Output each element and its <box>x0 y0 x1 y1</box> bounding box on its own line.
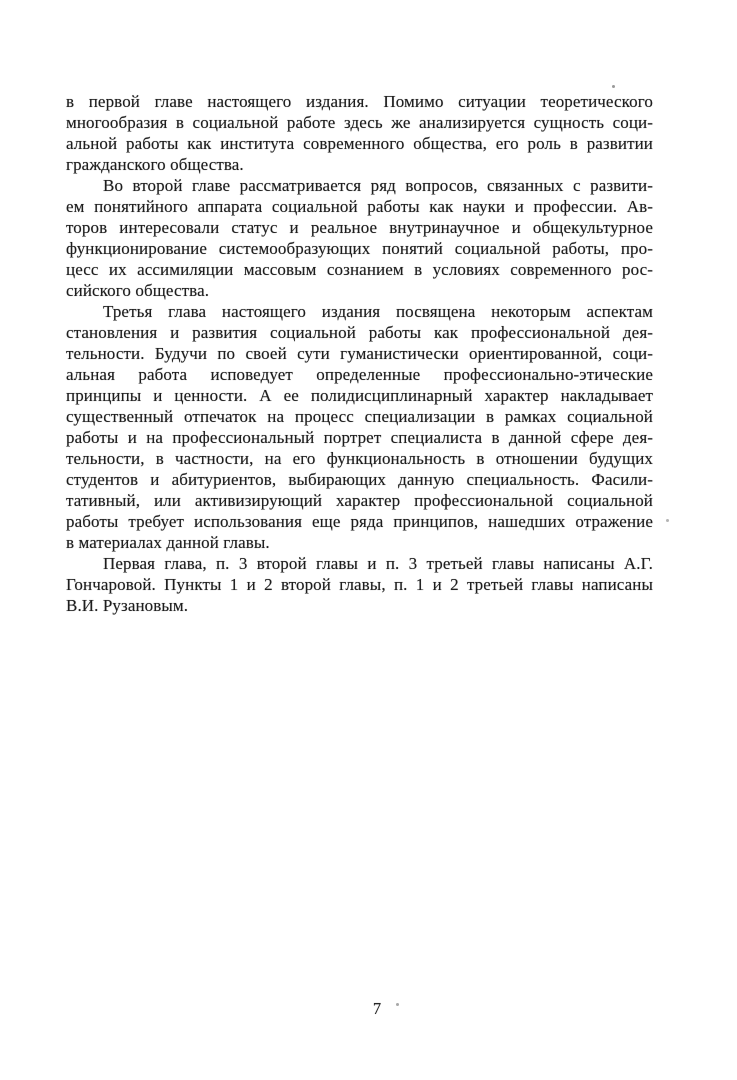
text-line: альной работы как института современного… <box>66 133 653 154</box>
scan-speck <box>666 519 669 522</box>
text-line: работы и на профессиональный портрет спе… <box>66 427 653 448</box>
text-block: в первой главе настоящего издания. Помим… <box>66 91 653 616</box>
text-line: В.И. Рузановым. <box>66 595 653 616</box>
text-line: Первая глава, п. 3 второй главы и п. 3 т… <box>66 553 653 574</box>
text-line: тельности, в частности, на его функциона… <box>66 448 653 469</box>
text-line: в материалах данной главы. <box>66 532 653 553</box>
paragraph: Первая глава, п. 3 второй главы и п. 3 т… <box>66 553 653 616</box>
paragraph: Третья глава настоящего издания посвящен… <box>66 301 653 553</box>
scan-speck <box>396 1003 399 1006</box>
text-line: цесс их ассимиляции массовым сознанием в… <box>66 259 653 280</box>
text-line: работы требует использования еще ряда пр… <box>66 511 653 532</box>
text-line: тативный, или активизирующий характер пр… <box>66 490 653 511</box>
paragraph: Во второй главе рассматривается ряд вопр… <box>66 175 653 301</box>
text-line: многообразия в социальной работе здесь ж… <box>66 112 653 133</box>
text-line: существенный отпечаток на процесс специа… <box>66 406 653 427</box>
text-line: Во второй главе рассматривается ряд вопр… <box>66 175 653 196</box>
text-line: альная работа исповедует определенные пр… <box>66 364 653 385</box>
text-line: принципы и ценности. А ее полидисциплина… <box>66 385 653 406</box>
text-line: сийского общества. <box>66 280 653 301</box>
scan-speck <box>612 85 615 88</box>
text-line: функционирование системообразующих понят… <box>66 238 653 259</box>
text-line: становления и развития социальной работы… <box>66 322 653 343</box>
text-line: тельности. Будучи по своей сути гуманист… <box>66 343 653 364</box>
text-line: Третья глава настоящего издания посвящен… <box>66 301 653 322</box>
text-line: в первой главе настоящего издания. Помим… <box>66 91 653 112</box>
text-line: ем понятийного аппарата социальной работ… <box>66 196 653 217</box>
document-page: в первой главе настоящего издания. Помим… <box>0 0 737 1080</box>
text-line: Гончаровой. Пункты 1 и 2 второй главы, п… <box>66 574 653 595</box>
text-line: гражданского общества. <box>66 154 653 175</box>
text-line: студентов и абитуриентов, выбирающих дан… <box>66 469 653 490</box>
page-number: 7 <box>66 998 653 1020</box>
text-line: торов интересовали статус и реальное вну… <box>66 217 653 238</box>
paragraph: в первой главе настоящего издания. Помим… <box>66 91 653 175</box>
